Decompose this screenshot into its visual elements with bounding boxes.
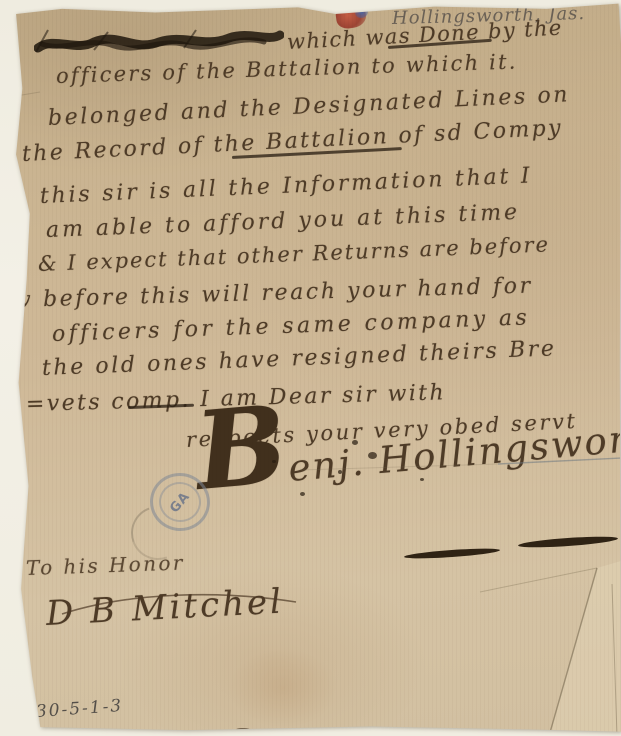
letter-line-1: officers of the Battalion to which it. [56,50,518,88]
wax-seal-fragment [334,2,367,30]
strikethrough-mark-was-done [388,39,492,49]
letter-line-4: this sir is all the Information that I [39,163,532,209]
paper-sheet: Hollingsworth, Jas. which was Done by th… [0,0,621,736]
paper-stain [228,648,338,728]
letter-line-3: the Record of the Battalion of sd Compy [21,116,563,167]
letter-line-8: officers for the same company as [52,305,531,347]
letter-line-11: respects your very obed servt [185,409,578,452]
scan-background: Hollingsworth, Jas. which was Done by th… [0,0,621,736]
seal-blue-fragment [355,6,368,18]
library-stamp-offset-ghost [122,497,194,569]
letter-line-6: & I expect that other Returns are before [38,232,551,276]
edge-speck [310,729,328,733]
ink-spatter [420,478,424,481]
letter-line-7: w before this will reach your hand for [12,273,533,313]
letter-line-9: the old ones have resigned theirs Bre [42,336,557,381]
address-flourish [60,588,300,618]
edge-speck [430,729,438,732]
address-line-honor: To his Honor [26,550,186,580]
letter-line-5: am able to afford you at this time [46,200,521,243]
letter-line-10: =vets comp. I am Dear sir with [26,380,447,417]
library-stamp: GA [146,469,213,535]
library-stamp-inner-ring [156,479,203,524]
folded-corner [549,561,621,736]
library-stamp-text: GA [167,488,193,515]
ink-scribble [34,22,284,58]
letter-line-2: belonged and the Designated Lines on [47,82,570,131]
strikethrough-mark-comp [128,404,194,409]
signature-flourish-dash [404,547,500,561]
ink-spatter [272,460,276,463]
letter-line-0: which was Done by the [286,16,563,54]
ink-spatter [338,470,342,474]
ink-spatter [300,492,305,496]
address-line-mitchel: D B Mitchel [45,582,285,634]
ink-spatter [368,452,377,459]
crease-lines [0,0,621,736]
letter-document: Hollingsworth, Jas. which was Done by th… [0,0,621,736]
strikethrough-mark-battalion [232,147,402,159]
ink-spatter [352,440,358,445]
signature: Benj. Hollingsworth [196,411,621,498]
edge-speck [236,728,250,732]
catalog-number: 30-5-1-3 [35,696,123,722]
signature-flourish-dash [518,535,618,550]
archival-note: Hollingsworth, Jas. [392,3,586,29]
